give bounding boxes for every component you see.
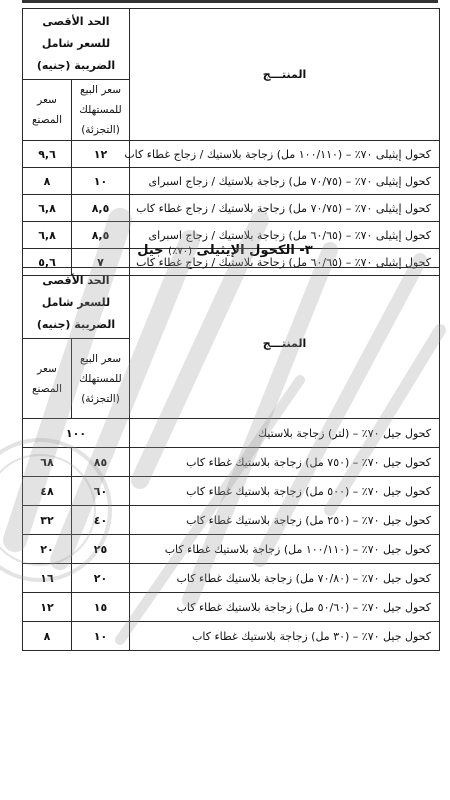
- product-cell: كحول جيل ٧٠٪ – (٧٥٠ مل) زجاجة بلاستيك غط…: [130, 448, 440, 477]
- consumer-price-cell: ٦٠: [72, 477, 130, 506]
- header-max-price-group: الحد الأقصى للسعر شامل الضريبة (جنيه): [23, 9, 130, 80]
- price-table-ethyl-alcohol: المنتـــج الحد الأقصى للسعر شامل الضريبة…: [22, 8, 440, 276]
- header-product: المنتـــج: [130, 268, 440, 419]
- top-rule: [22, 0, 438, 3]
- section-heading-gel: ٣- الكحول الإيثيلى (٧٠٪) جيل: [0, 243, 450, 258]
- factory-price-cell: ١٢: [23, 593, 72, 622]
- header-product: المنتـــج: [130, 9, 440, 141]
- table-row: كحول جيل ٧٠٪ – (١٠٠/١١٠ مل) زجاجة بلاستي…: [23, 535, 440, 564]
- product-cell: كحول جيل ٧٠٪ – (٥٠/٦٠ مل) زجاجة بلاستيك …: [130, 593, 440, 622]
- product-cell: كحول جيل ٧٠٪ – (٧٠/٨٠ مل) زجاجة بلاستيك …: [130, 564, 440, 593]
- merged-price-cell: ١٠٠: [23, 419, 130, 448]
- price-table-alcohol-gel: المنتـــج الحد الأقصى للسعر شامل الضريبة…: [22, 267, 440, 651]
- table-row: كحول جيل ٧٠٪ – (٢٥٠ مل) زجاجة بلاستيك غط…: [23, 506, 440, 535]
- consumer-price-cell: ١٢: [72, 141, 130, 168]
- consumer-price-cell: ١٠: [72, 168, 130, 195]
- factory-price-cell: ٦,٨: [23, 195, 72, 222]
- factory-price-cell: ٦٨: [23, 448, 72, 477]
- product-cell: كحول جيل ٧٠٪ – (لتر) زجاجة بلاستيك: [130, 419, 440, 448]
- consumer-price-cell: ٢٥: [72, 535, 130, 564]
- table-row: كحول إيثيلى ٧٠٪ – (٧٠/٧٥ مل) زجاجة بلاست…: [23, 195, 440, 222]
- heading-suffix: جيل: [137, 243, 163, 258]
- header-consumer-price: سعر البيع للمستهلك (التجزئة): [72, 339, 130, 419]
- consumer-price-cell: ١٥: [72, 593, 130, 622]
- table-row: كحول إيثيلى ٧٠٪ – (٧٠/٧٥ مل) زجاجة بلاست…: [23, 168, 440, 195]
- product-cell: كحول إيثيلى ٧٠٪ – (١٠٠/١١٠ مل) زجاجة بلا…: [130, 141, 440, 168]
- factory-price-cell: ٢٠: [23, 535, 72, 564]
- factory-price-cell: ٨: [23, 622, 72, 651]
- header-max-price-group: الحد الأقصى للسعر شامل الضريبة (جنيه): [23, 268, 130, 339]
- product-cell: كحول جيل ٧٠٪ – (٢٥٠ مل) زجاجة بلاستيك غط…: [130, 506, 440, 535]
- consumer-price-cell: ٨٥: [72, 448, 130, 477]
- product-cell: كحول جيل ٧٠٪ – (٥٠٠ مل) زجاجة بلاستيك غط…: [130, 477, 440, 506]
- factory-price-cell: ٩,٦: [23, 141, 72, 168]
- table-row: كحول جيل ٧٠٪ – (٧٥٠ مل) زجاجة بلاستيك غط…: [23, 448, 440, 477]
- product-cell: كحول جيل ٧٠٪ – (١٠٠/١١٠ مل) زجاجة بلاستي…: [130, 535, 440, 564]
- table-row: كحول إيثيلى ٧٠٪ – (١٠٠/١١٠ مل) زجاجة بلا…: [23, 141, 440, 168]
- heading-prefix: ٣- الكحول الإيثيلى: [197, 243, 313, 258]
- header-factory-price: سعر المصنع: [23, 80, 72, 141]
- consumer-price-cell: ٢٠: [72, 564, 130, 593]
- consumer-price-cell: ٤٠: [72, 506, 130, 535]
- table-row: كحول جيل ٧٠٪ – (٣٠ مل) زجاجة بلاستيك غطا…: [23, 622, 440, 651]
- header-factory-price: سعر المصنع: [23, 339, 72, 419]
- factory-price-cell: ٣٢: [23, 506, 72, 535]
- heading-percentage: (٧٠٪): [168, 246, 192, 257]
- table-row: كحول جيل ٧٠٪ – (لتر) زجاجة بلاستيك ١٠٠: [23, 419, 440, 448]
- header-consumer-price: سعر البيع للمستهلك (التجزئة): [72, 80, 130, 141]
- product-cell: كحول جيل ٧٠٪ – (٣٠ مل) زجاجة بلاستيك غطا…: [130, 622, 440, 651]
- table-row: كحول جيل ٧٠٪ – (٥٠/٦٠ مل) زجاجة بلاستيك …: [23, 593, 440, 622]
- product-cell: كحول إيثيلى ٧٠٪ – (٧٠/٧٥ مل) زجاجة بلاست…: [130, 195, 440, 222]
- consumer-price-cell: ٨,٥: [72, 195, 130, 222]
- table-row: كحول جيل ٧٠٪ – (٥٠٠ مل) زجاجة بلاستيك غط…: [23, 477, 440, 506]
- factory-price-cell: ٨: [23, 168, 72, 195]
- table-row: كحول جيل ٧٠٪ – (٧٠/٨٠ مل) زجاجة بلاستيك …: [23, 564, 440, 593]
- product-cell: كحول إيثيلى ٧٠٪ – (٧٠/٧٥ مل) زجاجة بلاست…: [130, 168, 440, 195]
- consumer-price-cell: ١٠: [72, 622, 130, 651]
- factory-price-cell: ٤٨: [23, 477, 72, 506]
- factory-price-cell: ١٦: [23, 564, 72, 593]
